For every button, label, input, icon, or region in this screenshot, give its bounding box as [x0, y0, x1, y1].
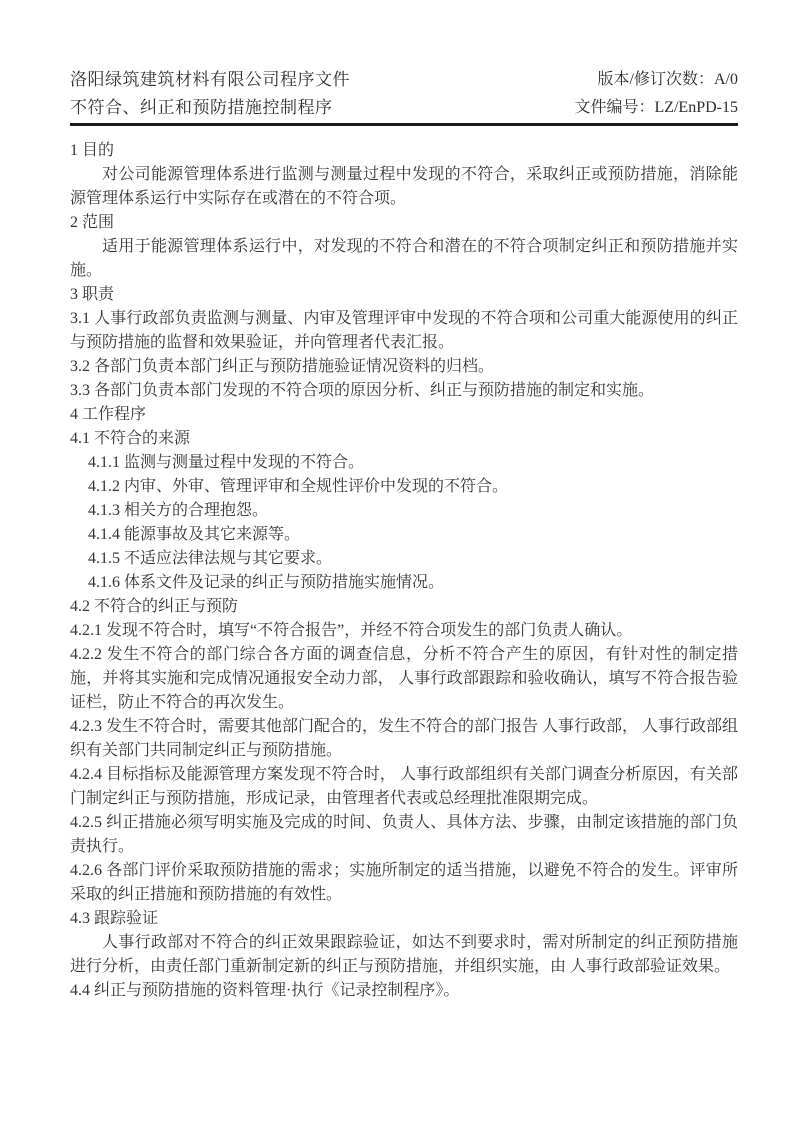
list-item: 4.1.4 能源事故及其它来源等。 — [70, 523, 738, 547]
paragraph: 4.2.1 发现不符合时，填写“不符合报告”，并经不符合项发生的部门负责人确认。 — [70, 619, 738, 643]
paragraph: 3.1 人事行政部负责监测与测量、内审及管理评审中发现的不符合项和公司重大能源使… — [70, 307, 738, 355]
paragraph: 4.2.3 发生不符合时，需要其他部门配合的，发生不符合的部门报告 人事行政部，… — [70, 715, 738, 763]
list-item: 4.1.3 相关方的合理抱怨。 — [70, 499, 738, 523]
list-item: 4.1.2 内审、外审、管理评审和全规性评价中发现的不符合。 — [70, 475, 738, 499]
list-item: 4.1.1 监测与测量过程中发现的不符合。 — [70, 451, 738, 475]
paragraph: 3.2 各部门负责本部门纠正与预防措施验证情况资料的归档。 — [70, 355, 738, 379]
document-number: 文件编号：LZ/EnPD-15 — [574, 94, 738, 122]
paragraph: 人事行政部对不符合的纠正效果跟踪验证，如达不到要求时，需对所制定的纠正预防措施进… — [70, 931, 738, 979]
version-info: 版本/修订次数：A/0 — [574, 66, 738, 94]
paragraph: 4.2.2 发生不符合的部门综合各方面的调查信息，分析不符合产生的原因，有针对性… — [70, 643, 738, 715]
section-heading: 4.3 跟踪验证 — [70, 907, 738, 931]
document-header: 洛阳绿筑建筑材料有限公司程序文件 不符合、纠正和预防措施控制程序 版本/修订次数… — [70, 66, 738, 122]
paragraph: 4.2.6 各部门评价采取预防措施的需求；实施所制定的适当措施，以避免不符合的发… — [70, 859, 738, 907]
header-divider — [70, 123, 738, 126]
document-subtitle: 不符合、纠正和预防措施控制程序 — [70, 94, 350, 122]
header-titles: 洛阳绿筑建筑材料有限公司程序文件 不符合、纠正和预防措施控制程序 — [70, 66, 350, 122]
paragraph: 对公司能源管理体系进行监测与测量过程中发现的不符合，采取纠正或预防措施，消除能源… — [70, 163, 738, 211]
section-heading: 3 职责 — [70, 283, 738, 307]
header-meta: 版本/修订次数：A/0 文件编号：LZ/EnPD-15 — [574, 66, 738, 122]
section-heading: 4.1 不符合的来源 — [70, 427, 738, 451]
document-page: 洛阳绿筑建筑材料有限公司程序文件 不符合、纠正和预防措施控制程序 版本/修订次数… — [0, 0, 800, 1130]
paragraph: 4.4 纠正与预防措施的资料管理·执行《记录控制程序》。 — [70, 979, 738, 1003]
list-item: 4.1.5 不适应法律法规与其它要求。 — [70, 547, 738, 571]
company-title: 洛阳绿筑建筑材料有限公司程序文件 — [70, 66, 350, 94]
paragraph: 4.2.5 纠正措施必须写明实施及完成的时间、负责人、具体方法、步骤，由制定该措… — [70, 811, 738, 859]
section-heading: 2 范围 — [70, 211, 738, 235]
section-heading: 1 目的 — [70, 139, 738, 163]
document-body: 1 目的 对公司能源管理体系进行监测与测量过程中发现的不符合，采取纠正或预防措施… — [70, 139, 738, 1003]
paragraph: 适用于能源管理体系运行中，对发现的不符合和潜在的不符合项制定纠正和预防措施并实施… — [70, 235, 738, 283]
paragraph: 3.3 各部门负责本部门发现的不符合项的原因分析、纠正与预防措施的制定和实施。 — [70, 379, 738, 403]
section-heading: 4.2 不符合的纠正与预防 — [70, 595, 738, 619]
section-heading: 4 工作程序 — [70, 403, 738, 427]
list-item: 4.1.6 体系文件及记录的纠正与预防措施实施情况。 — [70, 571, 738, 595]
paragraph: 4.2.4 目标指标及能源管理方案发现不符合时， 人事行政部组织有关部门调查分析… — [70, 763, 738, 811]
